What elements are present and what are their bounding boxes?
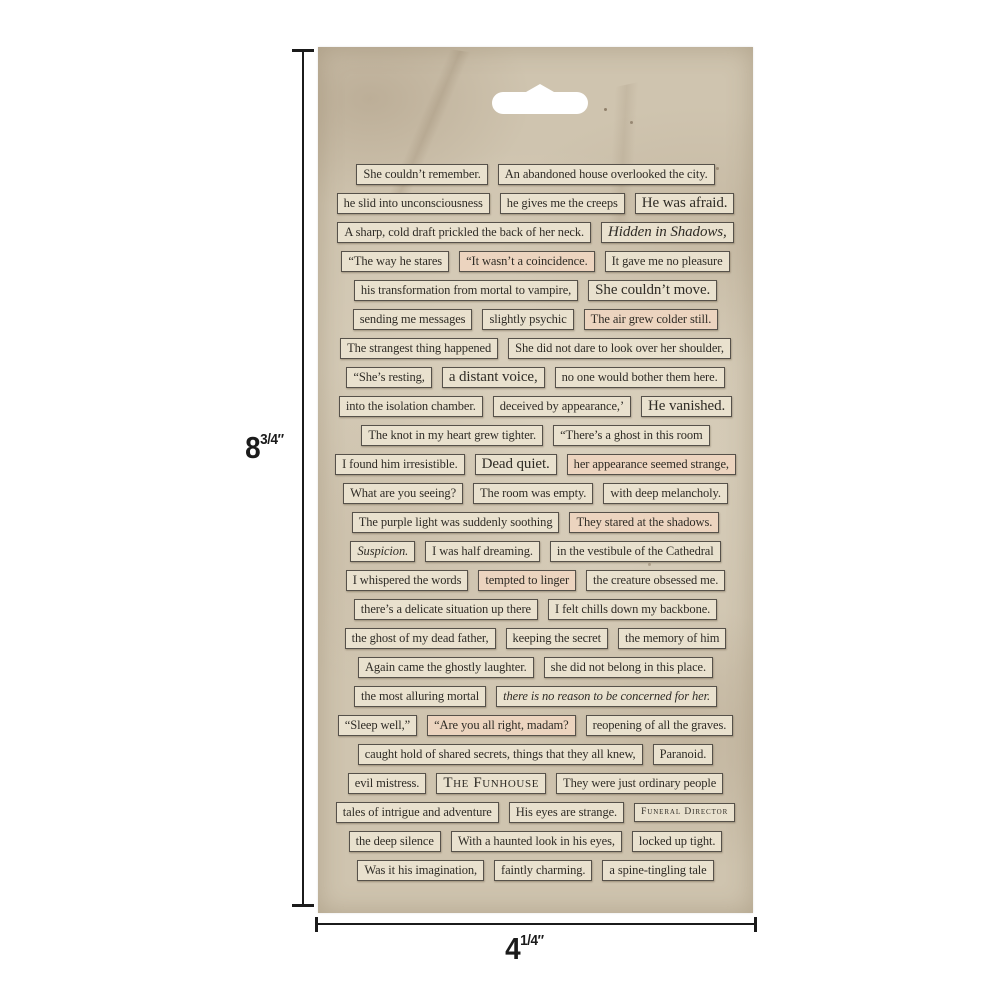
quote-strip: there’s a delicate situation up there: [354, 599, 538, 620]
strip-row: he slid into unconsciousnesshe gives me …: [331, 192, 740, 215]
quote-strip: His eyes are strange.: [509, 802, 624, 823]
quote-strip: faintly charming.: [494, 860, 592, 881]
quote-strip: the most alluring mortal: [354, 686, 486, 707]
height-unit: ″: [278, 431, 283, 448]
height-dimension-tick-bottom: [292, 904, 314, 907]
strip-row: into the isolation chamber.deceived by a…: [331, 395, 740, 418]
quote-strip: I felt chills down my backbone.: [548, 599, 717, 620]
strip-row: tales of intrigue and adventureHis eyes …: [331, 801, 740, 824]
quote-strip: the memory of him: [618, 628, 726, 649]
quote-strip: The knot in my heart grew tighter.: [361, 425, 543, 446]
height-dimension-label: 83/4″: [245, 432, 283, 463]
quote-strip: the creature obsessed me.: [586, 570, 725, 591]
quote-strip: locked up tight.: [632, 831, 723, 852]
quote-strip: The Funhouse: [436, 773, 546, 794]
quote-strip: They stared at the shadows.: [569, 512, 719, 533]
quote-strip: I found him irresistible.: [335, 454, 465, 475]
quote-strip: slightly psychic: [482, 309, 573, 330]
euro-slot-icon: [489, 83, 591, 115]
height-dimension-tick-top: [292, 49, 314, 52]
quote-strip: Again came the ghostly laughter.: [358, 657, 534, 678]
quote-strip: They were just ordinary people: [556, 773, 723, 794]
strip-row: the deep silenceWith a haunted look in h…: [331, 830, 740, 853]
quote-strip: With a haunted look in his eyes,: [451, 831, 622, 852]
quote-strip: Suspicion.: [350, 541, 415, 562]
quote-strip: with deep melancholy.: [603, 483, 728, 504]
quote-strip: sending me messages: [353, 309, 473, 330]
quote-strip: I was half dreaming.: [425, 541, 540, 562]
hang-hole: [489, 83, 591, 115]
product-photo: She couldn’t remember.An abandoned house…: [0, 0, 1000, 1000]
sticker-sheet: She couldn’t remember.An abandoned house…: [318, 47, 753, 913]
quote-strip: What are you seeing?: [343, 483, 463, 504]
width-dimension-line: [316, 923, 757, 925]
strip-row: The strangest thing happenedShe did not …: [331, 337, 740, 360]
quote-strip: reopening of all the graves.: [586, 715, 734, 736]
strip-row: the most alluring mortalthere is no reas…: [331, 685, 740, 708]
quote-strip: “The way he stares: [341, 251, 449, 272]
strip-row: Suspicion.I was half dreaming.in the ves…: [331, 540, 740, 563]
strip-row: the ghost of my dead father,keeping the …: [331, 627, 740, 650]
quote-strip: the deep silence: [349, 831, 441, 852]
strip-row: She couldn’t remember.An abandoned house…: [331, 163, 740, 186]
quote-strip: tempted to linger: [478, 570, 576, 591]
quote-strip: I whispered the words: [346, 570, 469, 591]
quote-strip: her appearance seemed strange,: [567, 454, 736, 475]
strip-row: I whispered the wordstempted to lingerth…: [331, 569, 740, 592]
quote-strip: the ghost of my dead father,: [345, 628, 496, 649]
strip-row: caught hold of shared secrets, things th…: [331, 743, 740, 766]
quote-strip: The room was empty.: [473, 483, 593, 504]
quote-strip: Dead quiet.: [475, 454, 557, 475]
quote-strip: The strangest thing happened: [340, 338, 498, 359]
quote-strip: Paranoid.: [653, 744, 714, 765]
width-dimension-tick-left: [315, 917, 318, 932]
quote-strip: evil mistress.: [348, 773, 427, 794]
height-fraction: 3/4: [260, 431, 277, 448]
width-fraction: 1/4: [520, 932, 537, 949]
strip-row: “The way he stares“It wasn’t a coinciden…: [331, 250, 740, 273]
strip-row: Was it his imagination,faintly charming.…: [331, 859, 740, 882]
quote-strip: It gave me no pleasure: [605, 251, 730, 272]
paper-specks: [318, 47, 321, 50]
quote-strip: The air grew colder still.: [584, 309, 719, 330]
quote-strip: “There’s a ghost in this room: [553, 425, 710, 446]
quote-strip: She did not dare to look over her should…: [508, 338, 731, 359]
quote-strip: he slid into unconsciousness: [337, 193, 490, 214]
quote-strip: An abandoned house overlooked the city.: [498, 164, 715, 185]
strip-row: there’s a delicate situation up thereI f…: [331, 598, 740, 621]
strip-rows: She couldn’t remember.An abandoned house…: [331, 163, 740, 882]
strip-row: A sharp, cold draft prickled the back of…: [331, 221, 740, 244]
quote-strip: “Are you all right, madam?: [427, 715, 576, 736]
quote-strip: a distant voice,: [442, 367, 545, 388]
strip-row: What are you seeing?The room was empty.w…: [331, 482, 740, 505]
strip-row: his transformation from mortal to vampir…: [331, 279, 740, 302]
strip-row: “She’s resting,a distant voice,no one wo…: [331, 366, 740, 389]
quote-strip: into the isolation chamber.: [339, 396, 483, 417]
strip-row: I found him irresistible.Dead quiet.her …: [331, 453, 740, 476]
quote-strip: deceived by appearance,’: [493, 396, 631, 417]
quote-strip: she did not belong in this place.: [544, 657, 713, 678]
quote-strip: a spine-tingling tale: [602, 860, 713, 881]
strip-row: The knot in my heart grew tighter.“There…: [331, 424, 740, 447]
strip-row: The purple light was suddenly soothingTh…: [331, 511, 740, 534]
quote-strip: “She’s resting,: [346, 367, 431, 388]
quote-strip: He was afraid.: [635, 193, 735, 214]
quote-strip: Funeral Director: [634, 803, 735, 822]
quote-strip: caught hold of shared secrets, things th…: [358, 744, 643, 765]
quote-strip: He vanished.: [641, 396, 732, 417]
strip-row: Again came the ghostly laughter.she did …: [331, 656, 740, 679]
height-dimension-line: [302, 50, 304, 907]
quote-strip: She couldn’t remember.: [356, 164, 487, 185]
quote-strip: in the vestibule of the Cathedral: [550, 541, 721, 562]
strip-row: sending me messagesslightly psychicThe a…: [331, 308, 740, 331]
quote-strip: A sharp, cold draft prickled the back of…: [337, 222, 591, 243]
quote-strip: Hidden in Shadows,: [601, 222, 734, 243]
quote-strip: “It wasn’t a coincidence.: [459, 251, 595, 272]
strip-row: “Sleep well,”“Are you all right, madam?r…: [331, 714, 740, 737]
quote-strip: tales of intrigue and adventure: [336, 802, 499, 823]
quote-strip: Was it his imagination,: [357, 860, 484, 881]
width-unit: ″: [538, 932, 543, 949]
quote-strip: keeping the secret: [506, 628, 608, 649]
width-dimension-tick-right: [754, 917, 757, 932]
width-dimension-label: 41/4″: [505, 933, 543, 964]
width-value: 4: [505, 931, 519, 966]
strip-row: evil mistress.The FunhouseThey were just…: [331, 772, 740, 795]
quote-strip: he gives me the creeps: [500, 193, 625, 214]
quote-strip: The purple light was suddenly soothing: [352, 512, 560, 533]
height-value: 8: [245, 430, 259, 465]
quote-strip: She couldn’t move.: [588, 280, 717, 301]
quote-strip: no one would bother them here.: [555, 367, 725, 388]
quote-strip: there is no reason to be concerned for h…: [496, 686, 717, 707]
quote-strip: his transformation from mortal to vampir…: [354, 280, 578, 301]
quote-strip: “Sleep well,”: [338, 715, 417, 736]
